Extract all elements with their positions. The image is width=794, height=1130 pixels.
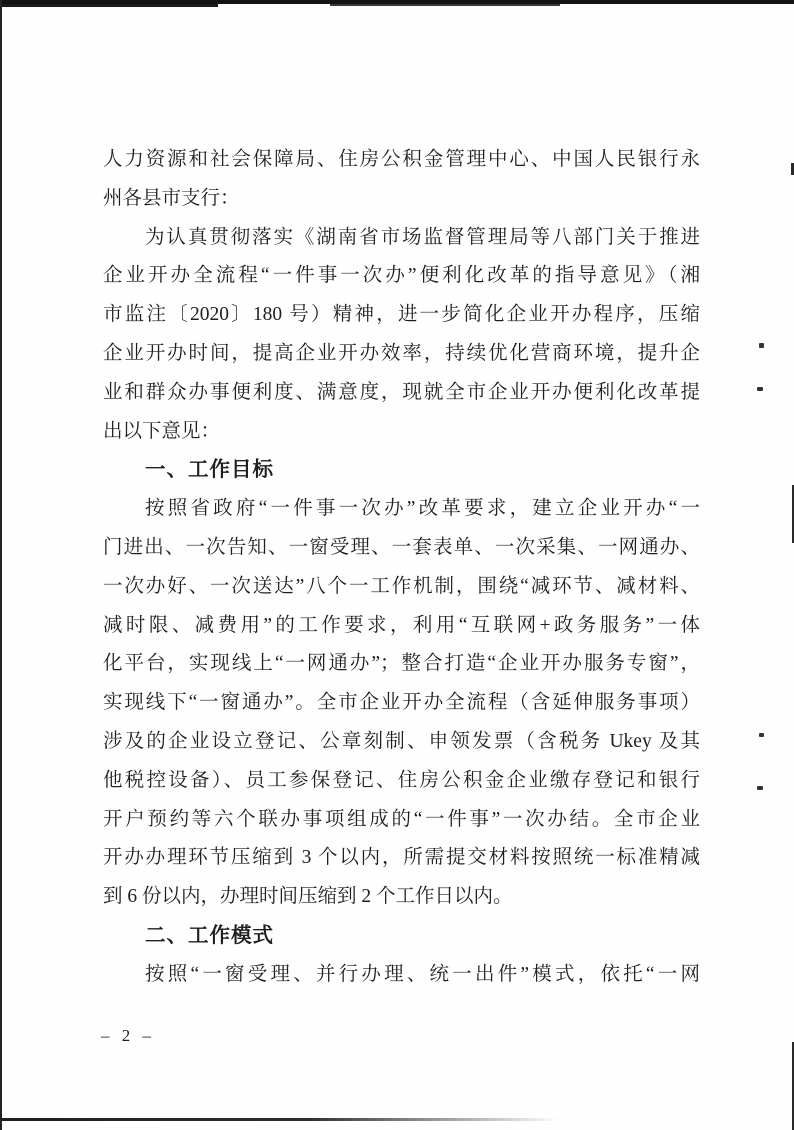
paragraph-line: 开户预约等六个联办事项组成的“一件事”一次办结。全市企业 [103, 801, 700, 840]
scan-artifact-speck [759, 733, 764, 737]
addressee-line: 州各县市支行： [103, 180, 700, 219]
document-body: 人力资源和社会保障局、住房公积金管理中心、中国人民银行永 州各县市支行： 为认真… [103, 141, 700, 995]
section-heading-1: 一、工作目标 [103, 451, 700, 490]
section-heading-2: 二、工作模式 [103, 917, 700, 956]
scan-artifact-left-edge [0, 0, 2, 1130]
paragraph-line: 减时限、减费用”的工作要求，利用“互联网+政务服务”一体 [103, 607, 700, 646]
paragraph-line: 涉及的企业设立登记、公章刻制、申领发票（含税务 Ukey 及其 [103, 723, 700, 762]
scan-artifact-top-band-mid [330, 4, 560, 6]
scan-artifact-speck [759, 343, 764, 348]
paragraph-line: 门进出、一次告知、一窗受理、一套表单、一次采集、一网通办、 [103, 529, 700, 568]
page-number: – 2 – [101, 1026, 155, 1046]
paragraph-line: 按照省政府“一件事一次办”改革要求，建立企业开办“一 [103, 490, 700, 529]
paragraph-line: 实现线下“一窗通办”。全市企业开办全流程（含延伸服务事项） [103, 684, 700, 723]
paragraph-line: 为认真贯彻落实《湖南省市场监督管理局等八部门关于推进 [103, 219, 700, 258]
addressee-line: 人力资源和社会保障局、住房公积金管理中心、中国人民银行永 [103, 141, 700, 180]
paragraph-line: 到 6 份以内，办理时间压缩到 2 个工作日以内。 [103, 878, 700, 917]
paragraph-line: 按照“一窗受理、并行办理、统一出件”模式，依托“一网 [103, 956, 700, 995]
paragraph-line: 企业开办时间，提高企业开办效率，持续优化营商环境，提升企 [103, 335, 700, 374]
scan-artifact-bottom-line [0, 1118, 560, 1121]
paragraph-line: 一次办好、一次送达”八个一工作机制，围绕“减环节、减材料、 [103, 568, 700, 607]
scan-artifact-speck [757, 786, 763, 790]
paragraph-line: 出以下意见： [103, 413, 700, 452]
paragraph-line: 市监注〔2020〕180 号）精神，进一步简化企业开办程序，压缩 [103, 296, 700, 335]
paragraph-line: 企业开办全流程“一件事一次办”便利化改革的指导意见》（湘 [103, 257, 700, 296]
scan-artifact-top-band-left [0, 4, 218, 7]
scanned-document-page: 人力资源和社会保障局、住房公积金管理中心、中国人民银行永 州各县市支行： 为认真… [0, 0, 794, 1130]
paragraph-line: 业和群众办事便利度、满意度，现就全市企业开办便利化改革提 [103, 374, 700, 413]
paragraph-line: 他税控设备）、员工参保登记、住房公积金企业缴存登记和银行 [103, 762, 700, 801]
paragraph-line: 化平台，实现线上“一网通办”；整合打造“企业开办服务专窗”， [103, 645, 700, 684]
paragraph-line: 开办办理环节压缩到 3 个以内，所需提交材料按照统一标准精减 [103, 839, 700, 878]
scan-artifact-speck [757, 387, 763, 391]
